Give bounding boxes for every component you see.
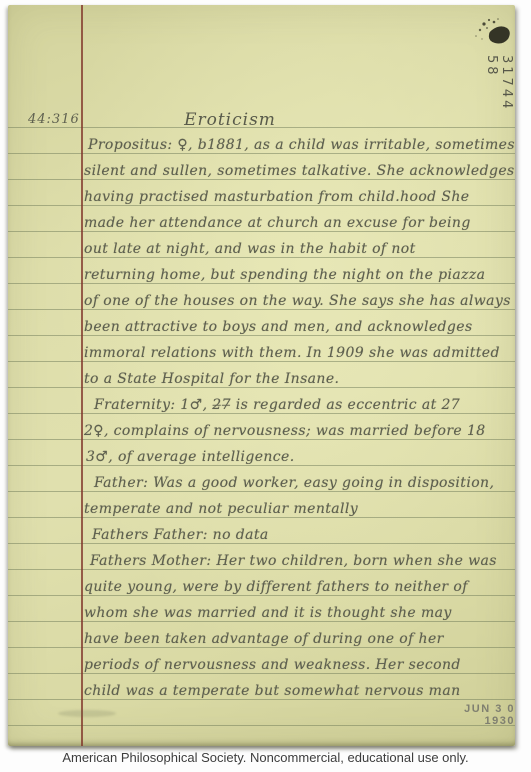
handwritten-line: made her attendance at church an excuse … xyxy=(84,215,471,235)
handwritten-line: have been taken advantage of during one … xyxy=(84,631,444,651)
handwritten-line: Father: Was a good worker, easy going in… xyxy=(94,475,494,495)
red-margin-line xyxy=(81,5,83,746)
handwritten-line: quite young, were by different fathers t… xyxy=(84,579,468,599)
header-number: 44:316 xyxy=(28,112,80,127)
handwritten-line: silent and sullen, sometimes talkative. … xyxy=(84,163,515,183)
handwritten-line: been attractive to boys and men, and ack… xyxy=(84,319,473,339)
handwritten-line: 3♂, of average intelligence. xyxy=(86,449,295,469)
handwritten-line: out late at night, and was in the habit … xyxy=(84,241,416,261)
handwritten-line: Fraternity: 1♂, 2̶7̶ is regarded as ecce… xyxy=(94,397,460,417)
document-scan: 31744 58 44:316 Eroticism Propositus: ♀,… xyxy=(0,0,531,772)
handwritten-line: of one of the houses on the way. She say… xyxy=(84,293,511,313)
handwritten-line: Fathers Father: no data xyxy=(92,527,269,547)
handwritten-line: Fathers Mother: Her two children, born w… xyxy=(90,553,497,573)
date-stamp: JUN 3 0 1930 xyxy=(430,703,515,727)
handwritten-line: returning home, but spending the night o… xyxy=(84,267,485,287)
pencil-smudge xyxy=(58,710,116,717)
handwritten-line: child was a temperate but somewhat nervo… xyxy=(84,683,461,703)
handwritten-line: 2♀, complains of nervousness; was marrie… xyxy=(84,423,486,443)
handwritten-line: Propositus: ♀, b1881, as a child was irr… xyxy=(88,137,515,157)
handwritten-line: whom she was married and it is thought s… xyxy=(84,605,452,625)
handwritten-line: to a State Hospital for the Insane. xyxy=(84,371,339,391)
handwritten-line: having practised masturbation from child… xyxy=(84,189,470,209)
page-title: Eroticism xyxy=(150,110,310,130)
handwritten-line: periods of nervousness and weakness. Her… xyxy=(84,657,461,677)
accession-number: 31744 58 xyxy=(484,55,514,145)
footer-caption: American Philosophical Society. Noncomme… xyxy=(0,750,531,765)
handwritten-line: temperate and not peculiar mentally xyxy=(84,501,358,521)
ink-blot-mark xyxy=(462,12,518,58)
handwritten-line: immoral relations with them. In 1909 she… xyxy=(84,345,500,365)
